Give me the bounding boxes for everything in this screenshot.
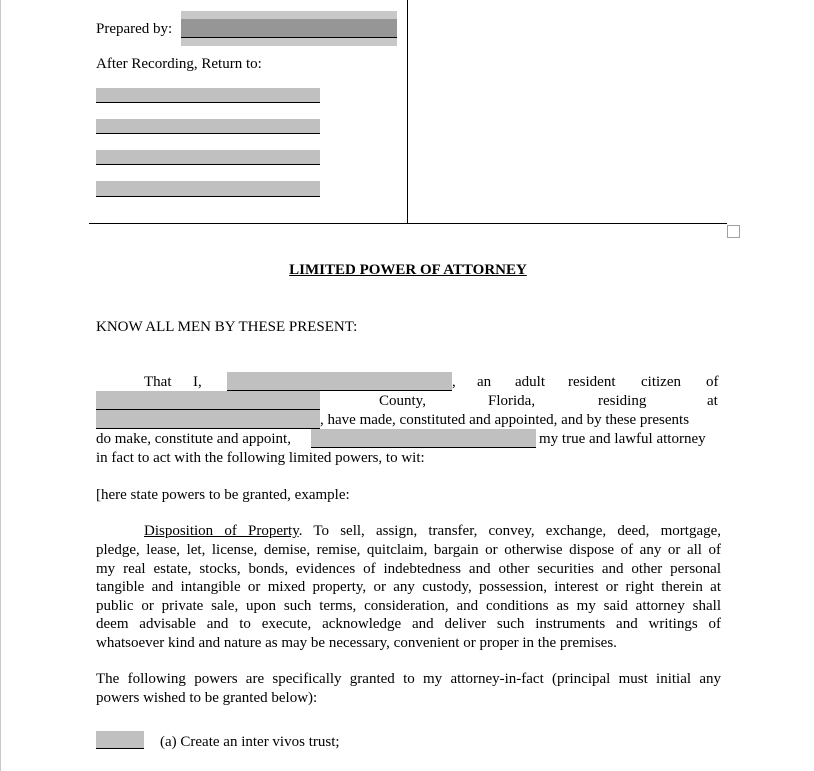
page-left-edge [0, 0, 1, 771]
disposition-line-6: deem advisable and to execute, acknowled… [96, 615, 721, 634]
i-word: I, [193, 373, 202, 391]
granted-powers-line-2: powers wished to be granted below): [96, 689, 317, 707]
prepared-by-field[interactable] [181, 19, 397, 38]
do-make-text: do make, constitute and appoint, [96, 430, 291, 448]
my-true-text: my true and lawful attorney [539, 430, 706, 448]
header-vertical-divider [407, 0, 408, 224]
initials-field-a[interactable] [96, 731, 144, 749]
disposition-line-7: whatsoever kind and nature as may be nec… [96, 634, 617, 652]
document-title: LIMITED POWER OF ATTORNEY [0, 262, 814, 279]
word-of: of [706, 373, 719, 391]
disposition-line-3: my real estate, stocks, bonds, evidences… [96, 560, 721, 579]
prepared-by-label: Prepared by: [96, 20, 172, 38]
word-an: an [477, 373, 491, 391]
return-to-line-3[interactable] [96, 150, 320, 165]
word-residing: residing [598, 392, 646, 410]
address-field[interactable] [96, 410, 320, 429]
disposition-line-5: public or private sale, upon such terms,… [96, 597, 721, 616]
power-a-label: (a) Create an inter vivos trust; [160, 733, 340, 751]
have-made-text: , have made, constituted and appointed, … [320, 411, 689, 429]
disposition-line-4: tangible and intangible or mixed propert… [96, 578, 721, 597]
return-to-label: After Recording, Return to: [96, 55, 262, 73]
word-adult: adult [515, 373, 545, 391]
salutation: KNOW ALL MEN BY THESE PRESENT: [96, 318, 357, 336]
word-county: County, [379, 392, 426, 410]
that-word: That [144, 373, 172, 391]
in-fact-text: in fact to act with the following limite… [96, 449, 425, 467]
word-at: at [707, 392, 718, 410]
disposition-line-2: pledge, lease, let, license, demise, rem… [96, 541, 721, 560]
example-note: [here state powers to be granted, exampl… [96, 486, 350, 504]
return-to-line-4[interactable] [96, 181, 320, 197]
comma-after-name: , [452, 373, 456, 391]
principal-name-field[interactable] [227, 372, 452, 391]
disposition-heading: Disposition of Property [144, 523, 299, 539]
disposition-line-1: Disposition of Property. To sell, assign… [144, 522, 721, 540]
word-florida: Florida, [488, 392, 535, 410]
granted-powers-line-1: The following powers are specifically gr… [96, 670, 721, 689]
county-field[interactable] [96, 391, 320, 410]
return-to-line-1[interactable] [96, 88, 320, 103]
word-citizen: citizen [641, 373, 681, 391]
return-to-line-2[interactable] [96, 119, 320, 134]
header-horizontal-divider [89, 223, 727, 224]
word-resident: resident [568, 373, 615, 391]
table-resize-handle[interactable] [727, 225, 740, 238]
attorney-name-field[interactable] [311, 429, 536, 448]
